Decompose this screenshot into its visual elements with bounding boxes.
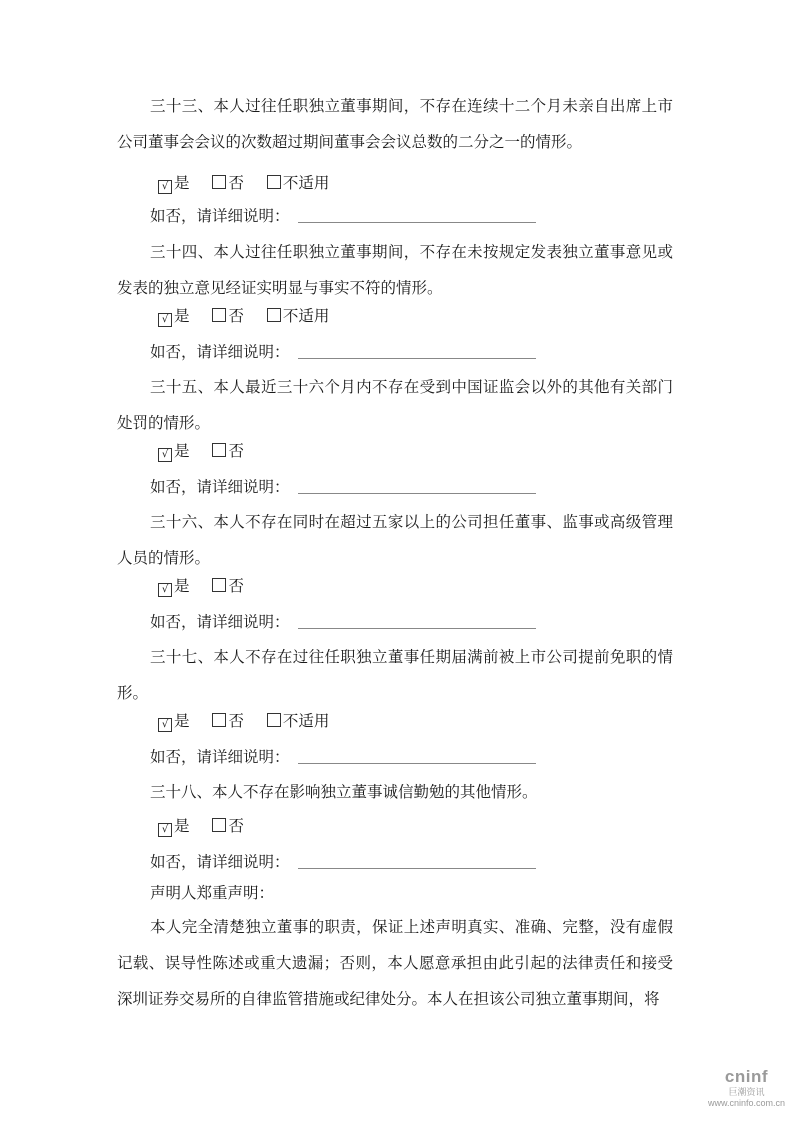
option-yes[interactable]: √是 bbox=[158, 441, 190, 462]
checkbox-unchecked-icon[interactable] bbox=[267, 308, 281, 322]
item-33-options: √是 否 不适用 bbox=[158, 173, 347, 194]
option-na[interactable]: 不适用 bbox=[267, 173, 330, 193]
item-33-text: 三十三、本人过往任职独立董事期间，不存在连续十二个月未亲自出席上市公司董事会会议… bbox=[117, 88, 673, 160]
item-37-options: √是 否 不适用 bbox=[158, 711, 347, 732]
option-yes[interactable]: √是 bbox=[158, 576, 190, 597]
item-37-explain-label: 如否，请详细说明： bbox=[150, 747, 290, 767]
option-no[interactable]: 否 bbox=[212, 173, 244, 193]
option-no[interactable]: 否 bbox=[212, 576, 244, 596]
item-34-explain-label: 如否，请详细说明： bbox=[150, 342, 290, 362]
item-35-options: √是 否 bbox=[158, 441, 262, 462]
option-no[interactable]: 否 bbox=[212, 441, 244, 461]
checkbox-checked-icon[interactable]: √ bbox=[158, 448, 172, 462]
item-35-text: 三十五、本人最近三十六个月内不存在受到中国证监会以外的其他有关部门处罚的情形。 bbox=[117, 369, 673, 441]
checkbox-unchecked-icon[interactable] bbox=[212, 713, 226, 727]
option-no[interactable]: 否 bbox=[212, 711, 244, 731]
checkbox-unchecked-icon[interactable] bbox=[212, 443, 226, 457]
checkbox-unchecked-icon[interactable] bbox=[267, 175, 281, 189]
item-38-options: √是 否 bbox=[158, 816, 262, 837]
checkbox-unchecked-icon[interactable] bbox=[212, 175, 226, 189]
item-38-explain-field[interactable] bbox=[298, 868, 536, 869]
item-33-explain-field[interactable] bbox=[298, 222, 536, 223]
checkbox-checked-icon[interactable]: √ bbox=[158, 583, 172, 597]
checkbox-unchecked-icon[interactable] bbox=[212, 578, 226, 592]
option-no[interactable]: 否 bbox=[212, 816, 244, 836]
item-38-explain-label: 如否，请详细说明： bbox=[150, 852, 290, 872]
checkbox-unchecked-icon[interactable] bbox=[267, 713, 281, 727]
declaration-body: 本人完全清楚独立董事的职责，保证上述声明真实、准确、完整，没有虚假记载、误导性陈… bbox=[117, 909, 673, 1017]
cninfo-logo-icon: cninf bbox=[708, 1067, 785, 1087]
item-37-explain-field[interactable] bbox=[298, 763, 536, 764]
watermark-url: www.cninfo.com.cn bbox=[708, 1098, 785, 1108]
cninfo-watermark: cninf 巨潮资讯 www.cninfo.com.cn bbox=[708, 1067, 785, 1108]
item-36-text: 三十六、本人不存在同时在超过五家以上的公司担任董事、监事或高级管理人员的情形。 bbox=[117, 504, 673, 576]
checkbox-checked-icon[interactable]: √ bbox=[158, 823, 172, 837]
option-yes[interactable]: √是 bbox=[158, 173, 190, 194]
watermark-cn: 巨潮资讯 bbox=[708, 1085, 785, 1098]
item-35-explain-field[interactable] bbox=[298, 493, 536, 494]
checkbox-unchecked-icon[interactable] bbox=[212, 308, 226, 322]
option-na[interactable]: 不适用 bbox=[267, 711, 330, 731]
item-37-text: 三十七、本人不存在过往任职独立董事任期届满前被上市公司提前免职的情形。 bbox=[117, 639, 673, 711]
checkbox-checked-icon[interactable]: √ bbox=[158, 718, 172, 732]
item-34-text: 三十四、本人过往任职独立董事期间，不存在未按规定发表独立董事意见或发表的独立意见… bbox=[117, 234, 673, 306]
document-page: 三十三、本人过往任职独立董事期间，不存在连续十二个月未亲自出席上市公司董事会会议… bbox=[0, 0, 793, 1122]
checkbox-checked-icon[interactable]: √ bbox=[158, 180, 172, 194]
option-yes[interactable]: √是 bbox=[158, 816, 190, 837]
item-35-explain-label: 如否，请详细说明： bbox=[150, 477, 290, 497]
checkbox-checked-icon[interactable]: √ bbox=[158, 313, 172, 327]
option-yes[interactable]: √是 bbox=[158, 306, 190, 327]
item-36-options: √是 否 bbox=[158, 576, 262, 597]
option-no[interactable]: 否 bbox=[212, 306, 244, 326]
option-yes[interactable]: √是 bbox=[158, 711, 190, 732]
declaration-heading: 声明人郑重声明： bbox=[150, 883, 274, 903]
item-34-explain-field[interactable] bbox=[298, 358, 536, 359]
item-34-options: √是 否 不适用 bbox=[158, 306, 347, 327]
item-36-explain-field[interactable] bbox=[298, 628, 536, 629]
option-na[interactable]: 不适用 bbox=[267, 306, 330, 326]
item-36-explain-label: 如否，请详细说明： bbox=[150, 612, 290, 632]
item-33-explain-label: 如否，请详细说明： bbox=[150, 206, 290, 226]
item-38-text: 三十八、本人不存在影响独立董事诚信勤勉的其他情形。 bbox=[117, 774, 673, 810]
checkbox-unchecked-icon[interactable] bbox=[212, 818, 226, 832]
